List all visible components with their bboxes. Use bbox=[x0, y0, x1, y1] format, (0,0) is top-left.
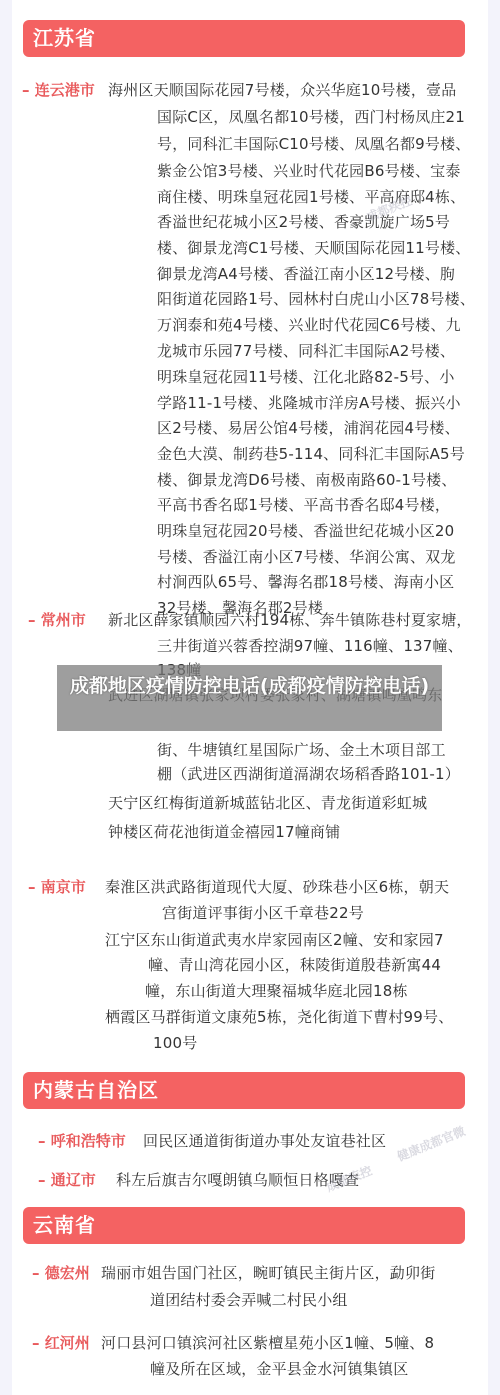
address-line: 瑞丽市姐告国门社区，畹町镇民主街片区，勐卯街 bbox=[101, 1263, 435, 1283]
address-line: 海州区天顺国际花园7号楼，众兴华庭10号楼，壹品 bbox=[108, 80, 456, 100]
address-line: 栖霞区马群街道文康苑5栋，尧化街道下曹村99号、 bbox=[105, 1007, 453, 1027]
address-line: 区2号楼、易居公馆4号楼，浦润花园4号楼、 bbox=[157, 418, 460, 438]
address-line: 河口县河口镇滨河社区紫檀星苑小区1幢、5幢、8 bbox=[101, 1333, 434, 1353]
address-line: 楼、御景龙湾C1号楼、天顺国际花园11号楼、 bbox=[157, 238, 471, 258]
address-line: 明珠皇冠花园11号楼、江化北路82-5号、小 bbox=[157, 367, 455, 387]
city-label-huhehaote: – 呼和浩特市 bbox=[38, 1131, 126, 1151]
address-line: 幢，东山街道大理聚福城华庭北园18栋 bbox=[145, 981, 408, 1001]
address-line: 号楼、香溢江南小区7号楼、华润公寓、双龙 bbox=[157, 547, 456, 567]
address-line: 宫街道评事街小区千章巷22号 bbox=[162, 903, 364, 923]
address-line: 阳街道花园路1号、园林村白虎山小区78号楼、 bbox=[157, 289, 475, 309]
address-line: 平高书香名邸1号楼、平高书香名邸4号楼， bbox=[157, 495, 450, 515]
address-line: 龙城市乐园77号楼、同科汇丰国际A2号楼、 bbox=[157, 341, 455, 361]
city-label-nanjing: – 南京市 bbox=[28, 877, 86, 897]
address-line: 明珠皇冠花园20号楼、香溢世纪花城小区20 bbox=[157, 521, 454, 541]
address-line: 新北区薛家镇顺园六村194栋、奔牛镇陈巷村夏家塘， bbox=[108, 610, 472, 630]
address-line: 万润泰和苑4号楼、兴业时代花园C6号楼、九 bbox=[157, 315, 461, 335]
address-line: 紫金公馆3号楼、兴业时代花园B6号楼、宝泰 bbox=[157, 161, 461, 181]
address-line: 天宁区红梅街道新城蓝钻北区、青龙街道彩虹城 bbox=[108, 793, 427, 813]
address-line: 村涧西队65号、馨海名郡18号楼、海南小区 bbox=[157, 572, 454, 592]
address-line: 街、牛塘镇红星国际广场、金土木项目部工 bbox=[157, 740, 446, 760]
province-header-yunnan: 云南省 bbox=[23, 1207, 465, 1244]
address-line: 江宁区东山街道武夷水岸家园南区2幢、安和家园7 bbox=[105, 930, 444, 950]
address-line-huhehaote: 回民区通道街街道办事处友谊巷社区 bbox=[143, 1131, 386, 1151]
address-line: 棚（武进区西湖街道滆湖农场稻香路101-1） bbox=[157, 764, 460, 784]
title-overlay: 成都地区疫情防控电话(成都疫情防控电话) bbox=[57, 665, 442, 731]
address-line: 学路11-1号楼、兆隆城市洋房A号楼、振兴小 bbox=[157, 393, 461, 413]
city-label-changzhou: – 常州市 bbox=[28, 610, 86, 630]
overlay-title: 成都地区疫情防控电话(成都疫情防控电话) bbox=[57, 665, 442, 699]
address-line: 御景龙湾A4号楼、香溢江南小区12号楼、朐 bbox=[157, 264, 455, 284]
address-line: 秦淮区洪武路街道现代大厦、砂珠巷小区6栋，朝天 bbox=[105, 877, 449, 897]
address-line: 幢及所在区域，金平县金水河镇集镇区 bbox=[150, 1359, 408, 1379]
city-label-honghe: – 红河州 bbox=[32, 1333, 90, 1353]
address-line: 号，同科汇丰国际C10号楼、凤凰名都9号楼、 bbox=[157, 134, 471, 154]
province-header-inner-mongolia: 内蒙古自治区 bbox=[23, 1072, 465, 1109]
city-label-dehong: – 德宏州 bbox=[32, 1263, 90, 1283]
city-label-lianyungang: – 连云港市 bbox=[22, 80, 95, 100]
address-line: 香溢世纪花城小区2号楼、香豪凯旋广场5号 bbox=[157, 212, 450, 232]
city-label-tongliao: – 通辽市 bbox=[38, 1170, 96, 1190]
province-header-jiangsu: 江苏省 bbox=[23, 20, 465, 57]
address-line: 国际C区，凤凰名都10号楼，西门村杨凤庄21 bbox=[157, 107, 465, 127]
address-line: 钟楼区荷花池街道金禧园17幢商铺 bbox=[108, 822, 340, 842]
address-line: 100号 bbox=[153, 1033, 197, 1053]
address-line: 三井街道兴蓉香控湖97幢、116幢、137幢、 bbox=[157, 636, 463, 656]
address-line: 金色大漠、制药巷5-114、同科汇丰国际A5号 bbox=[157, 444, 465, 464]
address-line: 楼、御景龙湾D6号楼、南极南路60-1号楼、 bbox=[157, 470, 457, 490]
address-line-tongliao: 科左后旗吉尔嘎朗镇乌顺恒日格嘎查 bbox=[116, 1170, 359, 1190]
address-line: 商住楼、明珠皇冠花园1号楼、平高府邸4栋、 bbox=[157, 187, 465, 207]
address-line: 道团结村委会弄喊二村民小组 bbox=[150, 1290, 348, 1310]
address-line: 幢、青山湾花园小区，秣陵街道殷巷新寓44 bbox=[148, 955, 441, 975]
